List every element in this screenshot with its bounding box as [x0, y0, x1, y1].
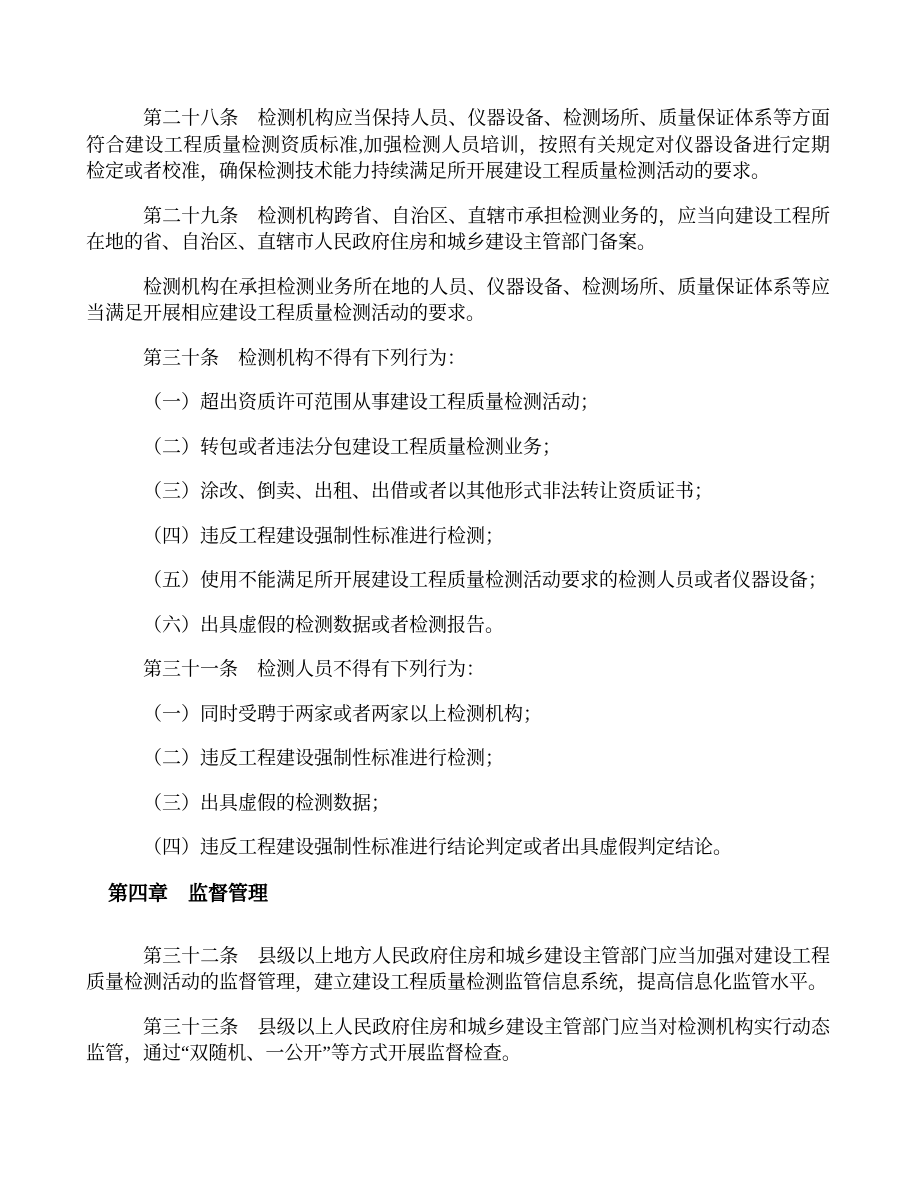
item-article-30-2: （二）转包或者违法分包建设工程质量检测业务； [86, 435, 830, 462]
chapter-4-heading: 第四章 监督管理 [86, 880, 830, 908]
item-article-30-5: （五）使用不能满足所开展建设工程质量检测活动要求的检测人员或者仪器设备； [86, 568, 830, 595]
item-article-30-3: （三）涂改、倒卖、出租、出借或者以其他形式非法转让资质证书； [86, 479, 830, 506]
para-article-30: 第三十条 检测机构不得有下列行为： [86, 346, 830, 373]
para-article-31: 第三十一条 检测人员不得有下列行为： [86, 657, 830, 684]
document-page: 第二十八条 检测机构应当保持人员、仪器设备、检测场所、质量保证体系等方面符合建设… [0, 0, 920, 1191]
item-article-30-6: （六）出具虚假的检测数据或者检测报告。 [86, 613, 830, 640]
item-article-31-2: （二）违反工程建设强制性标准进行检测； [86, 746, 830, 773]
para-article-29-continued: 检测机构在承担检测业务所在地的人员、仪器设备、检测场所、质量保证体系等应当满足开… [86, 275, 830, 328]
para-article-33: 第三十三条 县级以上人民政府住房和城乡建设主管部门应当对检测机构实行动态监管，通… [86, 1015, 830, 1068]
para-article-29: 第二十九条 检测机构跨省、自治区、直辖市承担检测业务的，应当向建设工程所在地的省… [86, 204, 830, 257]
item-article-31-1: （一）同时受聘于两家或者两家以上检测机构； [86, 702, 830, 729]
item-article-31-3: （三）出具虚假的检测数据； [86, 791, 830, 818]
item-article-30-4: （四）违反工程建设强制性标准进行检测； [86, 524, 830, 551]
item-article-31-4: （四）违反工程建设强制性标准进行结论判定或者出具虚假判定结论。 [86, 835, 830, 862]
para-article-32: 第三十二条 县级以上地方人民政府住房和城乡建设主管部门应当加强对建设工程质量检测… [86, 944, 830, 997]
item-article-30-1: （一）超出资质许可范围从事建设工程质量检测活动； [86, 390, 830, 417]
para-article-28: 第二十八条 检测机构应当保持人员、仪器设备、检测场所、质量保证体系等方面符合建设… [86, 106, 830, 186]
